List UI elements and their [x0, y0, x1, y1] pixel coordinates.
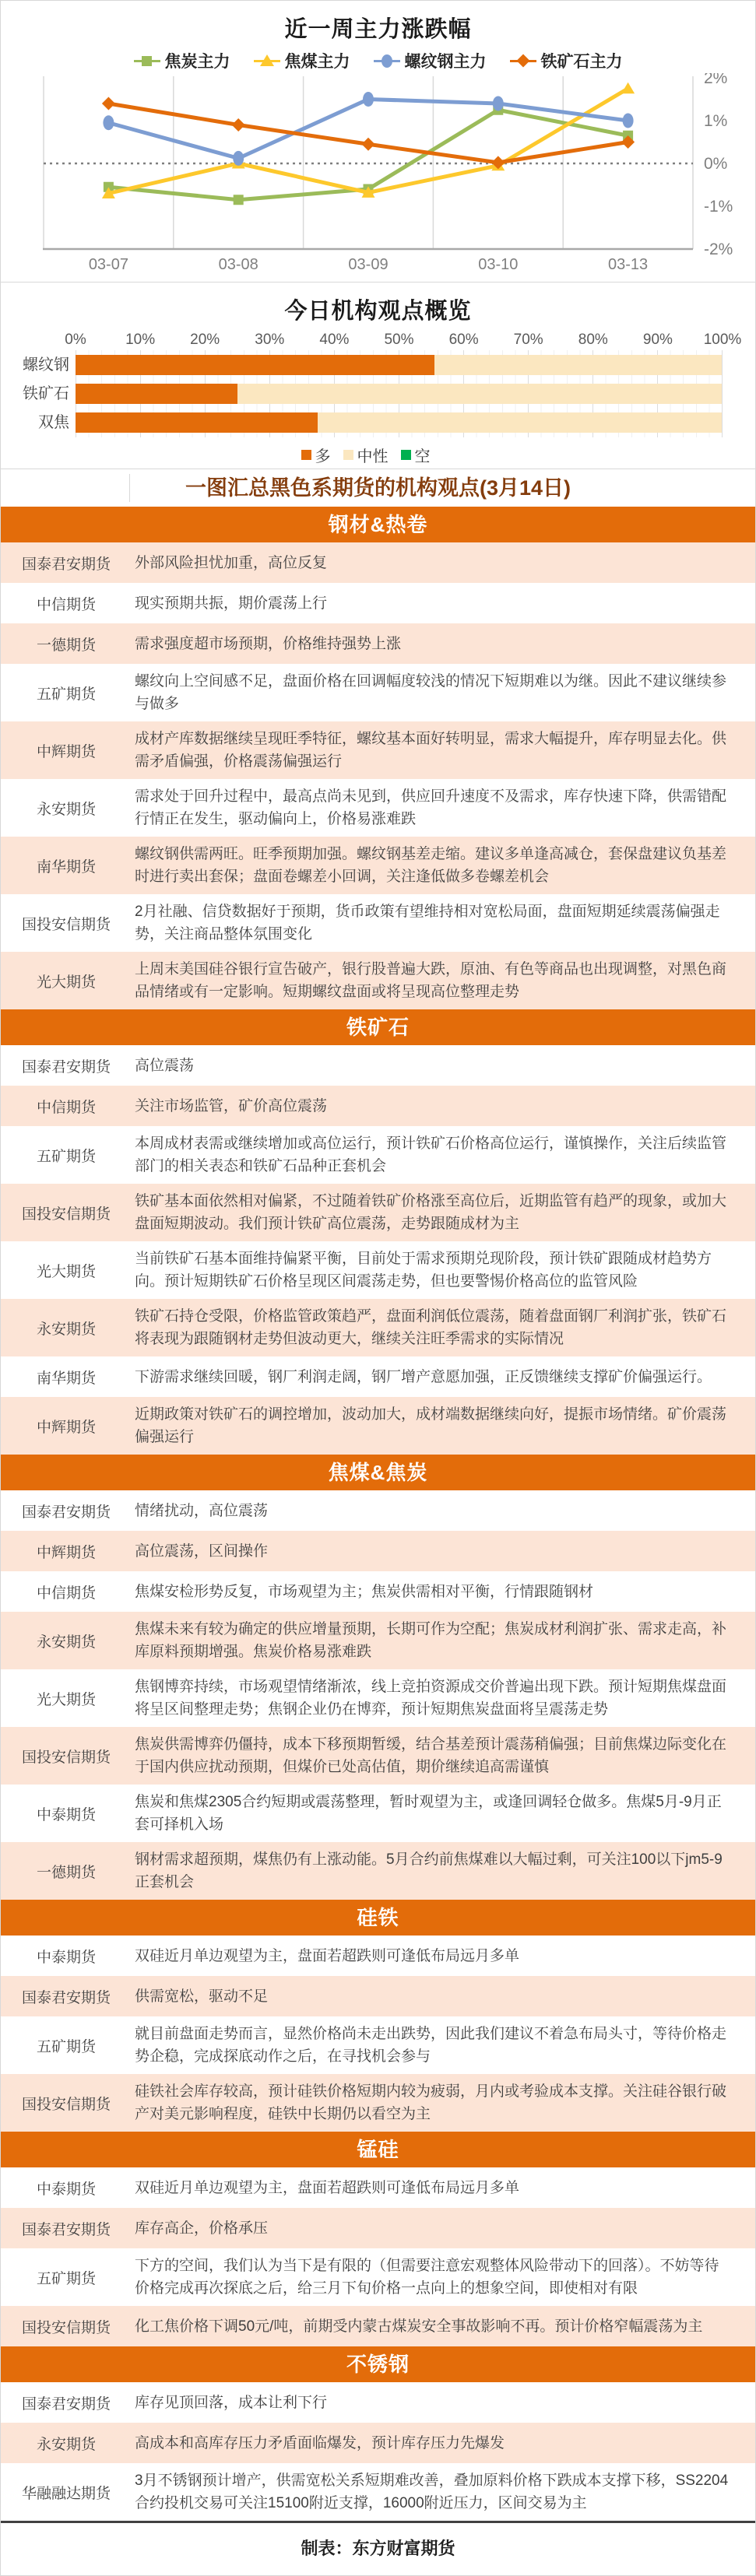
institution-cell: 国投安信期货 [1, 1202, 132, 1223]
table-row: 五矿期货螺纹向上空间感不足，盘面价格在回调幅度较浅的情况下短期难以为继。因此不建… [1, 664, 755, 721]
institution-cell: 国泰君安期货 [1, 2392, 132, 2413]
institution-cell: 光大期货 [1, 1688, 132, 1709]
opinion-cell: 现实预期共振，期价震荡上行 [132, 586, 755, 621]
institution-cell: 永安期货 [1, 798, 132, 819]
table-row: 五矿期货下方的空间，我们认为当下是有限的（但需要注意宏观整体风险带动下的回落）。… [1, 2248, 755, 2306]
x-tick-label: 03-08 [218, 256, 258, 273]
opinion-overview-section: 今日机构观点概览 0%10%20%30%40%50%60%70%80%90%10… [1, 283, 755, 469]
institution-cell: 一德期货 [1, 1861, 132, 1882]
table-row: 国投安信期货焦炭供需博弈仍僵持，成本下移预期暂缓，结合基差预计震荡稍偏强；目前焦… [1, 1727, 755, 1785]
marker-triangle [621, 82, 635, 94]
line-chart-legend: 焦炭主力焦煤主力螺纹钢主力铁矿石主力 [1, 51, 755, 70]
bar-chart-axis-row: 0%10%20%30%40%50%60%70%80%90%100% [9, 332, 723, 350]
opinion-cell: 库存高企，价格承压 [132, 2211, 755, 2246]
table-row: 中泰期货双硅近月单边观望为主，盘面若超跌则可逢低布局远月多单 [1, 1936, 755, 1976]
table-row: 中泰期货焦炭和焦煤2305合约短期或震荡整理，暂时观望为主，或逢回调轻仓做多。焦… [1, 1785, 755, 1842]
table-row: 永安期货需求处于回升过程中，最高点尚未见到，供应回升速度不及需求，库存快速下降，… [1, 779, 755, 837]
table-row: 国投安信期货化工焦价格下调50元/吨，前期受内蒙古煤炭安全事故影响不再。预计价格… [1, 2306, 755, 2346]
institution-cell: 中泰期货 [1, 2178, 132, 2199]
line-chart-title: 近一周主力涨跌幅 [1, 1, 755, 44]
legend-label: 多 [315, 444, 331, 466]
bar-row-铁矿石 [76, 384, 722, 404]
institution-cell: 中辉期货 [1, 1541, 132, 1562]
legend-item-焦煤主力: 焦煤主力 [254, 49, 350, 72]
section-header-钢材&热卷: 钢材&热卷 [1, 507, 755, 542]
opinion-cell: 双硅近月单边观望为主，盘面若超跌则可逢低布局远月多单 [132, 2171, 755, 2206]
weekly-change-chart-section: 近一周主力涨跌幅 焦炭主力焦煤主力螺纹钢主力铁矿石主力 2%1%0%-1%-2%… [1, 1, 755, 283]
bar-category-label: 铁矿石 [9, 384, 69, 404]
marker-diamond [361, 138, 374, 151]
table-row: 国投安信期货铁矿基本面依然相对偏紧，不过随着铁矿价格涨至高位后，近期监管有趋严的… [1, 1184, 755, 1241]
y-tick-label: 1% [704, 112, 727, 130]
marker-circle [103, 115, 114, 130]
opinion-cell: 钢材需求超预期，煤焦仍有上涨动能。5月合约前焦煤难以大幅过剩，可关注100以下j… [132, 1842, 755, 1900]
table-row: 国泰君安期货供需宽松，驱动不足 [1, 1976, 755, 2016]
circle-marker-icon [374, 54, 400, 68]
institution-cell: 国投安信期货 [1, 913, 132, 934]
bar-chart-plot: 螺纹钢铁矿石双焦 [9, 350, 723, 437]
opinion-cell: 外部风险担忧加重，高位反复 [132, 546, 755, 581]
axis-tick-label: 50% [384, 332, 413, 349]
table-row: 永安期货焦煤未来有较为确定的供应增量预期，长期可作为空配；焦炭成材利润扩张、需求… [1, 1612, 755, 1669]
marker-diamond [231, 118, 244, 132]
bar-chart-body: 0%10%20%30%40%50%60%70%80%90%100% 螺纹钢铁矿石… [1, 332, 755, 466]
table-row: 国泰君安期货外部风险担忧加重，高位反复 [1, 542, 755, 583]
institution-cell: 国投安信期货 [1, 2316, 132, 2337]
axis-tick-label: 40% [319, 332, 349, 349]
table-row: 五矿期货就目前盘面走势而言，显然价格尚未走出跌势，因此我们建议不着急布局头寸，等… [1, 2016, 755, 2074]
opinion-cell: 下游需求继续回暖，钢厂利润走阔，钢厂增产意愿加强，正反馈继续支撑矿价偏强运行。 [132, 1360, 755, 1395]
legend-label: 螺纹钢主力 [405, 49, 487, 72]
marker-circle [622, 114, 633, 128]
axis-tick-label: 100% [704, 332, 742, 349]
legend-item-中性: 中性 [343, 444, 389, 466]
table-row: 国泰君安期货高位震荡 [1, 1045, 755, 1086]
footer: 制表：东方财富期货 [1, 2521, 755, 2575]
opinion-cell: 焦炭和焦煤2305合约短期或震荡整理，暂时观望为主，或逢回调轻仓做多。焦煤5月-… [132, 1785, 755, 1842]
line-chart: 2%1%0%-1%-2%03-0703-0803-0903-1003-13 [5, 73, 752, 277]
institution-cell: 国投安信期货 [1, 1746, 132, 1767]
legend-label: 焦炭主力 [165, 49, 230, 72]
institution-cell: 五矿期货 [1, 683, 132, 704]
institution-cell: 永安期货 [1, 1318, 132, 1339]
opinion-cell: 焦煤安检形势反复，市场观望为主；焦炭供需相对平衡，行情跟随钢材 [132, 1574, 755, 1609]
opinion-cell: 双硅近月单边观望为主，盘面若超跌则可逢低布局远月多单 [132, 1939, 755, 1974]
bar-chart-legend: 多中性空 [9, 444, 723, 466]
opinion-cell: 当前铁矿石基本面维持偏紧平衡，目前处于需求预期兑现阶段，预计铁矿跟随成材趋势方向… [132, 1241, 755, 1299]
opinion-cell: 焦炭供需博弈仍僵持，成本下移预期暂缓，结合基差预计震荡稍偏强；目前焦煤边际变化在… [132, 1727, 755, 1785]
opinion-cell: 供需宽松，驱动不足 [132, 1979, 755, 2014]
marker-circle [492, 97, 503, 111]
table-row: 五矿期货本周成材表需或继续增加或高位运行，预计铁矿石价格高位运行，谨慎操作，关注… [1, 1126, 755, 1184]
table-title: 一图汇总黑色系期货的机构观点(3月14日) [1, 469, 755, 507]
institution-cell: 中泰期货 [1, 1946, 132, 1967]
x-tick-label: 03-13 [608, 256, 648, 273]
institution-cell: 光大期货 [1, 1260, 132, 1281]
institution-cell: 一德期货 [1, 633, 132, 655]
institution-cell: 中辉期货 [1, 740, 132, 761]
legend-item-焦炭主力: 焦炭主力 [134, 49, 230, 72]
axis-tick-label: 0% [65, 332, 86, 349]
y-tick-label: -1% [704, 198, 733, 216]
institution-cell: 中信期货 [1, 593, 132, 614]
bar-chart-title: 今日机构观点概览 [1, 283, 755, 325]
opinion-cell: 关注市场监管，矿价高位震荡 [132, 1089, 755, 1124]
legend-label: 空 [415, 444, 431, 466]
diamond-marker-icon [510, 54, 536, 68]
axis-tick-label: 80% [578, 332, 608, 349]
legend-label: 焦煤主力 [285, 49, 350, 72]
table-row: 光大期货当前铁矿石基本面维持偏紧平衡，目前处于需求预期兑现阶段，预计铁矿跟随成材… [1, 1241, 755, 1299]
section-header-不锈钢: 不锈钢 [1, 2346, 755, 2382]
legend-swatch-icon [343, 450, 353, 460]
table-row: 华融融达期货3月不锈钢预计增产，供需宽松关系短期难改善，叠加原料价格下跌成本支撑… [1, 2463, 755, 2521]
legend-item-空: 空 [401, 444, 431, 466]
institution-cell: 国泰君安期货 [1, 1055, 132, 1076]
institution-cell: 国泰君安期货 [1, 1500, 132, 1521]
institution-cell: 永安期货 [1, 1630, 132, 1651]
section-header-硅铁: 硅铁 [1, 1900, 755, 1936]
opinion-cell: 硅铁社会库存较高，预计硅铁价格短期内较为疲弱，月内或考验成本支撑。关注硅谷银行破… [132, 2074, 755, 2132]
marker-circle [363, 92, 374, 107]
institution-cell: 国泰君安期货 [1, 2218, 132, 2239]
opinion-cell: 库存见顶回落，成本让利下行 [132, 2385, 755, 2420]
bar-segment-多 [76, 384, 237, 404]
opinion-cell: 下方的空间，我们认为当下是有限的（但需要注意宏观整体风险带动下的回落）。不妨等待… [132, 2248, 755, 2306]
x-tick-label: 03-07 [88, 256, 128, 273]
section-header-焦煤&焦炭: 焦煤&焦炭 [1, 1455, 755, 1490]
square-marker-icon [134, 54, 160, 68]
section-header-铁矿石: 铁矿石 [1, 1009, 755, 1045]
table-row: 南华期货螺纹钢供需两旺。旺季预期加强。螺纹钢基差走缩。建议多单逢高减仓，套保盘建… [1, 837, 755, 894]
x-tick-label: 03-10 [478, 256, 518, 273]
table-row: 光大期货上周末美国硅谷银行宣告破产，银行股普遍大跌，原油、有色等商品也出现调整，… [1, 952, 755, 1009]
institution-cell: 永安期货 [1, 2433, 132, 2454]
institution-cell: 南华期货 [1, 855, 132, 876]
institution-cell: 华融融达期货 [1, 2482, 132, 2503]
axis-tick-label: 70% [514, 332, 543, 349]
axis-tick-label: 20% [190, 332, 220, 349]
table-row: 中信期货现实预期共振，期价震荡上行 [1, 583, 755, 623]
opinion-cell: 高位震荡 [132, 1048, 755, 1083]
bar-segment-中性 [237, 384, 723, 404]
table-row: 中辉期货成材产库数据继续呈现旺季特征，螺纹基本面好转明显，需求大幅提升，库存明显… [1, 721, 755, 779]
institution-cell: 南华期货 [1, 1367, 132, 1388]
institution-cell: 国泰君安期货 [1, 1986, 132, 2007]
axis-tick-label: 60% [449, 332, 479, 349]
bar-plot-area [76, 350, 723, 437]
table-row: 中信期货焦煤安检形势反复，市场观望为主；焦炭供需相对平衡，行情跟随钢材 [1, 1571, 755, 1612]
bar-row-螺纹钢 [76, 355, 722, 375]
institution-cell: 中信期货 [1, 1581, 132, 1602]
marker-circle [233, 151, 244, 166]
maker-credit: 制表：东方财富期货 [1, 2523, 755, 2575]
institution-cell: 五矿期货 [1, 2035, 132, 2056]
opinion-cell: 焦煤未来有较为确定的供应增量预期，长期可作为空配；焦炭成材利润扩张、需求走高，补… [132, 1612, 755, 1669]
table-row: 中辉期货高位震荡，区间操作 [1, 1531, 755, 1571]
legend-shape [382, 54, 392, 68]
table-row: 国投安信期货硅铁社会库存较高，预计硅铁价格短期内较为疲弱，月内或考验成本支撑。关… [1, 2074, 755, 2132]
bar-category-labels: 螺纹钢铁矿石双焦 [9, 350, 76, 437]
table-row: 中信期货关注市场监管，矿价高位震荡 [1, 1086, 755, 1126]
marker-diamond [101, 97, 114, 111]
opinion-cell: 情绪扰动，高位震荡 [132, 1493, 755, 1528]
opinion-cell: 高成本和高库存压力矛盾面临爆发，预计库存压力先爆发 [132, 2426, 755, 2461]
institution-cell: 中辉期货 [1, 1416, 132, 1437]
table-row: 光大期货焦钢博弈持续，市场观望情绪渐浓，线上竞拍资源成交价普遍出现下跌。预计短期… [1, 1669, 755, 1727]
table-row: 南华期货下游需求继续回暖，钢厂利润走阔，钢厂增产意愿加强，正反馈继续支撑矿价偏强… [1, 1356, 755, 1397]
table-row: 国投安信期货2月社融、信贷数据好于预期，货币政策有望维持相对宽松局面，盘面短期延… [1, 894, 755, 952]
table-row: 中泰期货双硅近月单边观望为主，盘面若超跌则可逢低布局远月多单 [1, 2167, 755, 2208]
opinion-cell: 螺纹钢供需两旺。旺季预期加强。螺纹钢基差走缩。建议多单逢高减仓，套保盘建议负基差… [132, 837, 755, 894]
opinion-cell: 近期政策对铁矿石的调控增加，波动加大，成材端数据继续向好，提振市场情绪。矿价震荡… [132, 1397, 755, 1455]
legend-swatch-icon [301, 450, 311, 460]
table-row: 一德期货钢材需求超预期，煤焦仍有上涨动能。5月合约前焦煤难以大幅过剩，可关注10… [1, 1842, 755, 1900]
axis-tick-label: 90% [643, 332, 673, 349]
opinion-cell: 铁矿石持仓受限，价格监管政策趋严，盘面利润低位震荡，随着盘面钢厂利润扩张，铁矿石… [132, 1299, 755, 1356]
y-tick-label: 2% [704, 73, 727, 87]
opinion-cell: 焦钢博弈持续，市场观望情绪渐浓，线上竞拍资源成交价普遍出现下跌。预计短期焦煤盘面… [132, 1669, 755, 1727]
opinion-cell: 就目前盘面走势而言，显然价格尚未走出跌势，因此我们建议不着急布局头寸，等待价格走… [132, 2016, 755, 2074]
institution-cell: 中信期货 [1, 1096, 132, 1117]
institution-cell: 五矿期货 [1, 2267, 132, 2288]
bar-row-双焦 [76, 412, 722, 433]
y-tick-label: 0% [704, 155, 727, 173]
bar-category-label: 螺纹钢 [9, 355, 69, 375]
institution-cell: 国投安信期货 [1, 2093, 132, 2114]
opinion-table-section: 一图汇总黑色系期货的机构观点(3月14日) 钢材&热卷国泰君安期货外部风险担忧加… [1, 469, 755, 2521]
y-tick-label: -2% [704, 240, 733, 258]
axis-tick-label: 30% [255, 332, 284, 349]
marker-square [233, 195, 243, 205]
table-row: 国泰君安期货库存高企，价格承压 [1, 2208, 755, 2248]
opinion-cell: 螺纹向上空间感不足，盘面价格在回调幅度较浅的情况下短期难以为继。因此不建议继续参… [132, 664, 755, 721]
axis-tick-label: 10% [125, 332, 155, 349]
x-tick-label: 03-09 [348, 256, 388, 273]
bar-segment-多 [76, 412, 318, 433]
bar-segment-中性 [318, 412, 722, 433]
table-body: 钢材&热卷国泰君安期货外部风险担忧加重，高位反复中信期货现实预期共振，期价震荡上… [1, 507, 755, 2521]
opinion-cell: 成材产库数据继续呈现旺季特征，螺纹基本面好转明显，需求大幅提升，库存明显去化。供… [132, 721, 755, 779]
table-row: 国泰君安期货库存见顶回落，成本让利下行 [1, 2382, 755, 2423]
table-row: 国泰君安期货情绪扰动，高位震荡 [1, 1490, 755, 1531]
bar-segment-中性 [434, 355, 722, 375]
legend-label: 铁矿石主力 [541, 49, 623, 72]
institution-cell: 中泰期货 [1, 1803, 132, 1824]
opinion-cell: 本周成材表需或继续增加或高位运行，预计铁矿石价格高位运行，谨慎操作，关注后续监管… [132, 1126, 755, 1184]
black-series-futures-report: 近一周主力涨跌幅 焦炭主力焦煤主力螺纹钢主力铁矿石主力 2%1%0%-1%-2%… [0, 0, 756, 2576]
legend-item-铁矿石主力: 铁矿石主力 [510, 49, 623, 72]
opinion-cell: 高位震荡，区间操作 [132, 1534, 755, 1569]
table-row: 中辉期货近期政策对铁矿石的调控增加，波动加大，成材端数据继续向好，提振市场情绪。… [1, 1397, 755, 1455]
institution-cell: 五矿期货 [1, 1145, 132, 1166]
section-header-锰硅: 锰硅 [1, 2132, 755, 2167]
legend-item-螺纹钢主力: 螺纹钢主力 [374, 49, 487, 72]
institution-cell: 光大期货 [1, 970, 132, 991]
institution-cell: 国泰君安期货 [1, 553, 132, 574]
legend-label: 中性 [357, 444, 389, 466]
legend-shape [516, 54, 529, 68]
opinion-cell: 需求处于回升过程中，最高点尚未见到，供应回升速度不及需求，库存快速下降，供需错配… [132, 779, 755, 837]
legend-shape [142, 56, 152, 66]
opinion-cell: 2月社融、信贷数据好于预期，货币政策有望维持相对宽松局面，盘面短期延续震荡偏强走… [132, 894, 755, 952]
table-row: 永安期货铁矿石持仓受限，价格监管政策趋严，盘面利润低位震荡，随着盘面钢厂利润扩张… [1, 1299, 755, 1356]
bar-segment-多 [76, 355, 434, 375]
opinion-cell: 化工焦价格下调50元/吨，前期受内蒙古煤炭安全事故影响不再。预计价格窄幅震荡为主 [132, 2309, 755, 2344]
bar-category-label: 双焦 [9, 412, 69, 433]
percent-axis: 0%10%20%30%40%50%60%70%80%90%100% [76, 332, 723, 350]
opinion-cell: 需求强度超市场预期，价格维持强势上涨 [132, 626, 755, 662]
opinion-cell: 上周末美国硅谷银行宣告破产，银行股普遍大跌，原油、有色等商品也出现调整，对黑色商… [132, 952, 755, 1009]
opinion-cell: 3月不锈钢预计增产，供需宽松关系短期难改善，叠加原料价格下跌成本支撑下移，SS2… [132, 2463, 755, 2521]
legend-item-多: 多 [301, 444, 331, 466]
legend-swatch-icon [401, 450, 411, 460]
triangle-marker-icon [254, 54, 280, 68]
opinion-cell: 铁矿基本面依然相对偏紧，不过随着铁矿价格涨至高位后，近期监管有趋严的现象，或加大… [132, 1184, 755, 1241]
legend-shape [260, 54, 274, 66]
table-row: 一德期货需求强度超市场预期，价格维持强势上涨 [1, 623, 755, 664]
table-row: 永安期货高成本和高库存压力矛盾面临爆发，预计库存压力先爆发 [1, 2423, 755, 2463]
